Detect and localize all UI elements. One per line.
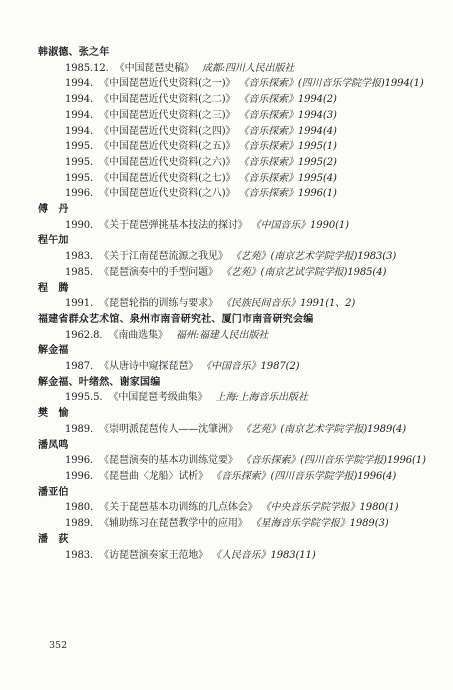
entry-source: 《音乐探索》1996(1) — [243, 188, 336, 199]
bibliography-entry: 1994.《中国琵琶近代史资料(之四)》《音乐探索》1994(4) — [38, 124, 439, 140]
bibliography-entry: 1996.《琵琶演奏的基本功训练觉要》《音乐探索》(四川音乐学院学报)1996(… — [38, 453, 439, 469]
entry-title: 《中国琵琶近代史资料(之六)》 — [99, 157, 235, 168]
bibliography-entry: 1985.《琵琶演奏中的手型问题》《艺苑》(南京艺试学院学报)1985(4) — [38, 265, 439, 281]
bibliography-entry: 1995.《中国琵琶近代史资料(之五)》《音乐探索》1995(1) — [38, 139, 439, 155]
entry-source: 《中国音乐》1987(2) — [206, 361, 299, 372]
author-name: 韩淑德、张之年 — [38, 45, 439, 61]
bibliography-entry: 1983.《关于江南琵琶流源之我见》《艺苑》(南京艺术学院学报)1983(3) — [38, 249, 439, 265]
bibliography-list: 韩淑德、张之年1985.12.《中国琵琶史稿》成都:四川人民出版社1994.《中… — [38, 45, 439, 563]
entry-year: 1983. — [65, 550, 93, 561]
page-number: 352 — [49, 640, 67, 651]
bibliography-entry: 1994.《中国琵琶近代史资料(之三)》《音乐探索》1994(3) — [38, 108, 439, 124]
entry-year: 1994. — [65, 126, 93, 137]
entry-source: 《中国音乐》1990(1) — [256, 220, 349, 231]
entry-title: 《从唐诗中窥探琵琶》 — [99, 361, 198, 372]
author-name: 程 腾 — [38, 281, 439, 297]
bibliography-entry: 1983.《访琵琶演奏家王范地》《人民音乐》1983(11) — [38, 548, 439, 564]
entry-title: 《琵琶曲〈龙船〉试析》 — [99, 471, 208, 482]
entry-year: 1995. — [65, 141, 93, 152]
entry-year: 1989. — [65, 518, 93, 529]
entry-source: 《艺苑》(南京艺术学院学报)1983(3) — [236, 251, 396, 262]
entry-year: 1985.12. — [65, 63, 109, 74]
bibliography-entry: 1995.5.《中国琵琶考级曲集》上海:上海音乐出版社 — [38, 390, 439, 406]
bibliography-entry: 1996.《琵琶曲〈龙船〉试析》《音乐探索》(四川音乐学院学报)1996(4) — [38, 469, 439, 485]
entry-source: 福州:福建人民出版社 — [176, 330, 268, 341]
entry-source: 成都:四川人民出版社 — [202, 63, 294, 74]
entry-year: 1995. — [65, 157, 93, 168]
author-name: 程午加 — [38, 233, 439, 249]
entry-title: 《关于琵琶基本功训练的几点体会》 — [99, 502, 257, 513]
author-name: 傅 丹 — [38, 202, 439, 218]
entry-source: 《音乐探索》1995(4) — [243, 173, 336, 184]
entry-source: 上海:上海音乐出版社 — [215, 392, 307, 403]
author-name: 潘凤鸣 — [38, 438, 439, 454]
entry-source: 《民族民间音乐》1991(1、2) — [226, 298, 355, 309]
entry-source: 《艺苑》(南京艺术学院学报)1989(4) — [246, 424, 406, 435]
bibliography-entry: 1995.《中国琵琶近代史资料(之六)》《音乐探索》1995(2) — [38, 155, 439, 171]
entry-year: 1983. — [65, 251, 93, 262]
entry-source: 《中央音乐学院学报》1980(1) — [266, 502, 399, 513]
entry-year: 1995.5. — [65, 392, 102, 403]
entry-title: 《关于琵琶弹挑基本技法的探讨》 — [99, 220, 248, 231]
entry-source: 《音乐探索》(四川音乐学院学报)1996(1) — [246, 455, 426, 466]
entry-year: 1994. — [65, 110, 93, 121]
bibliography-entry: 1994.《中国琵琶近代史资料(之一)》《音乐探索》(四川音乐学院学报)1994… — [38, 76, 439, 92]
entry-title: 《关于江南琵琶流源之我见》 — [99, 251, 228, 262]
bibliography-entry: 1996.《中国琵琶近代史资料(之八)》《音乐探索》1996(1) — [38, 186, 439, 202]
entry-title: 《琵琶演奏中的手型问题》 — [99, 267, 218, 278]
entry-title: 《中国琵琶近代史资料(之八)》 — [99, 188, 235, 199]
author-name: 福建省群众艺术馆、泉州市南音研究社、厦门市南音研究会编 — [38, 312, 439, 328]
entry-year: 1980. — [65, 502, 93, 513]
entry-year: 1962.8. — [65, 330, 102, 341]
entry-title: 《琵琶演奏的基本功训练觉要》 — [99, 455, 238, 466]
entry-source: 《音乐探索》1994(2) — [243, 94, 336, 105]
entry-source: 《音乐探索》1995(2) — [243, 157, 336, 168]
author-name: 潘亚伯 — [38, 485, 439, 501]
bibliography-entry: 1980.《关于琵琶基本功训练的几点体会》《中央音乐学院学报》1980(1) — [38, 500, 439, 516]
entry-year: 1991. — [65, 298, 93, 309]
entry-title: 《琵琶轮指的训练与要求》 — [99, 298, 218, 309]
entry-year: 1985. — [65, 267, 93, 278]
entry-source: 《音乐探索》(四川音乐学院学报)1994(1) — [243, 78, 423, 89]
entry-title: 《中国琵琶考级曲集》 — [108, 392, 207, 403]
bibliography-entry: 1962.8.《南曲选集》福州:福建人民出版社 — [38, 328, 439, 344]
entry-year: 1990. — [65, 220, 93, 231]
entry-source: 《人民音乐》1983(11) — [216, 550, 316, 561]
entry-year: 1994. — [65, 94, 93, 105]
entry-title: 《中国琵琶近代史资料(之一)》 — [99, 78, 235, 89]
entry-year: 1987. — [65, 361, 93, 372]
bibliography-entry: 1990.《关于琵琶弹挑基本技法的探讨》《中国音乐》1990(1) — [38, 218, 439, 234]
author-name: 解金福、叶绪然、谢家国编 — [38, 375, 439, 391]
entry-source: 《艺苑》(南京艺试学院学报)1985(4) — [226, 267, 386, 278]
entry-title: 《中国琵琶史稿》 — [115, 63, 194, 74]
entry-year: 1996. — [65, 188, 93, 199]
author-name: 解金福 — [38, 343, 439, 359]
bibliography-entry: 1989.《崇明派琵琶传人——沈肇洲》《艺苑》(南京艺术学院学报)1989(4) — [38, 422, 439, 438]
entry-source: 《音乐探索》(四川音乐学院学报)1996(4) — [216, 471, 396, 482]
bibliography-entry: 1995.《中国琵琶近代史资料(之七)》《音乐探索》1995(4) — [38, 171, 439, 187]
entry-year: 1994. — [65, 78, 93, 89]
entry-year: 1996. — [65, 455, 93, 466]
bibliography-entry: 1994.《中国琵琶近代史资料(之二)》《音乐探索》1994(2) — [38, 92, 439, 108]
entry-title: 《中国琵琶近代史资料(之二)》 — [99, 94, 235, 105]
entry-source: 《音乐探索》1994(4) — [243, 126, 336, 137]
book-page: 韩淑德、张之年1985.12.《中国琵琶史稿》成都:四川人民出版社1994.《中… — [0, 0, 453, 690]
entry-title: 《中国琵琶近代史资料(之五)》 — [99, 141, 235, 152]
bibliography-entry: 1987.《从唐诗中窥探琵琶》《中国音乐》1987(2) — [38, 359, 439, 375]
entry-title: 《中国琵琶近代史资料(之三)》 — [99, 110, 235, 121]
entry-year: 1996. — [65, 471, 93, 482]
entry-title: 《崇明派琵琶传人——沈肇洲》 — [99, 424, 238, 435]
author-name: 樊 愉 — [38, 406, 439, 422]
bibliography-entry: 1991.《琵琶轮指的训练与要求》《民族民间音乐》1991(1、2) — [38, 296, 439, 312]
entry-year: 1995. — [65, 173, 93, 184]
entry-source: 《音乐探索》1995(1) — [243, 141, 336, 152]
entry-title: 《中国琵琶近代史资料(之七)》 — [99, 173, 235, 184]
entry-title: 《辅助练习在琵琶教学中的应用》 — [99, 518, 248, 529]
bibliography-entry: 1989.《辅助练习在琵琶教学中的应用》《星海音乐学院学报》1989(3) — [38, 516, 439, 532]
entry-title: 《南曲选集》 — [108, 330, 167, 341]
entry-source: 《星海音乐学院学报》1989(3) — [256, 518, 389, 529]
bibliography-entry: 1985.12.《中国琵琶史稿》成都:四川人民出版社 — [38, 61, 439, 77]
author-name: 潘 荻 — [38, 532, 439, 548]
entry-title: 《访琵琶演奏家王范地》 — [99, 550, 208, 561]
entry-source: 《音乐探索》1994(3) — [243, 110, 336, 121]
entry-year: 1989. — [65, 424, 93, 435]
entry-title: 《中国琵琶近代史资料(之四)》 — [99, 126, 235, 137]
